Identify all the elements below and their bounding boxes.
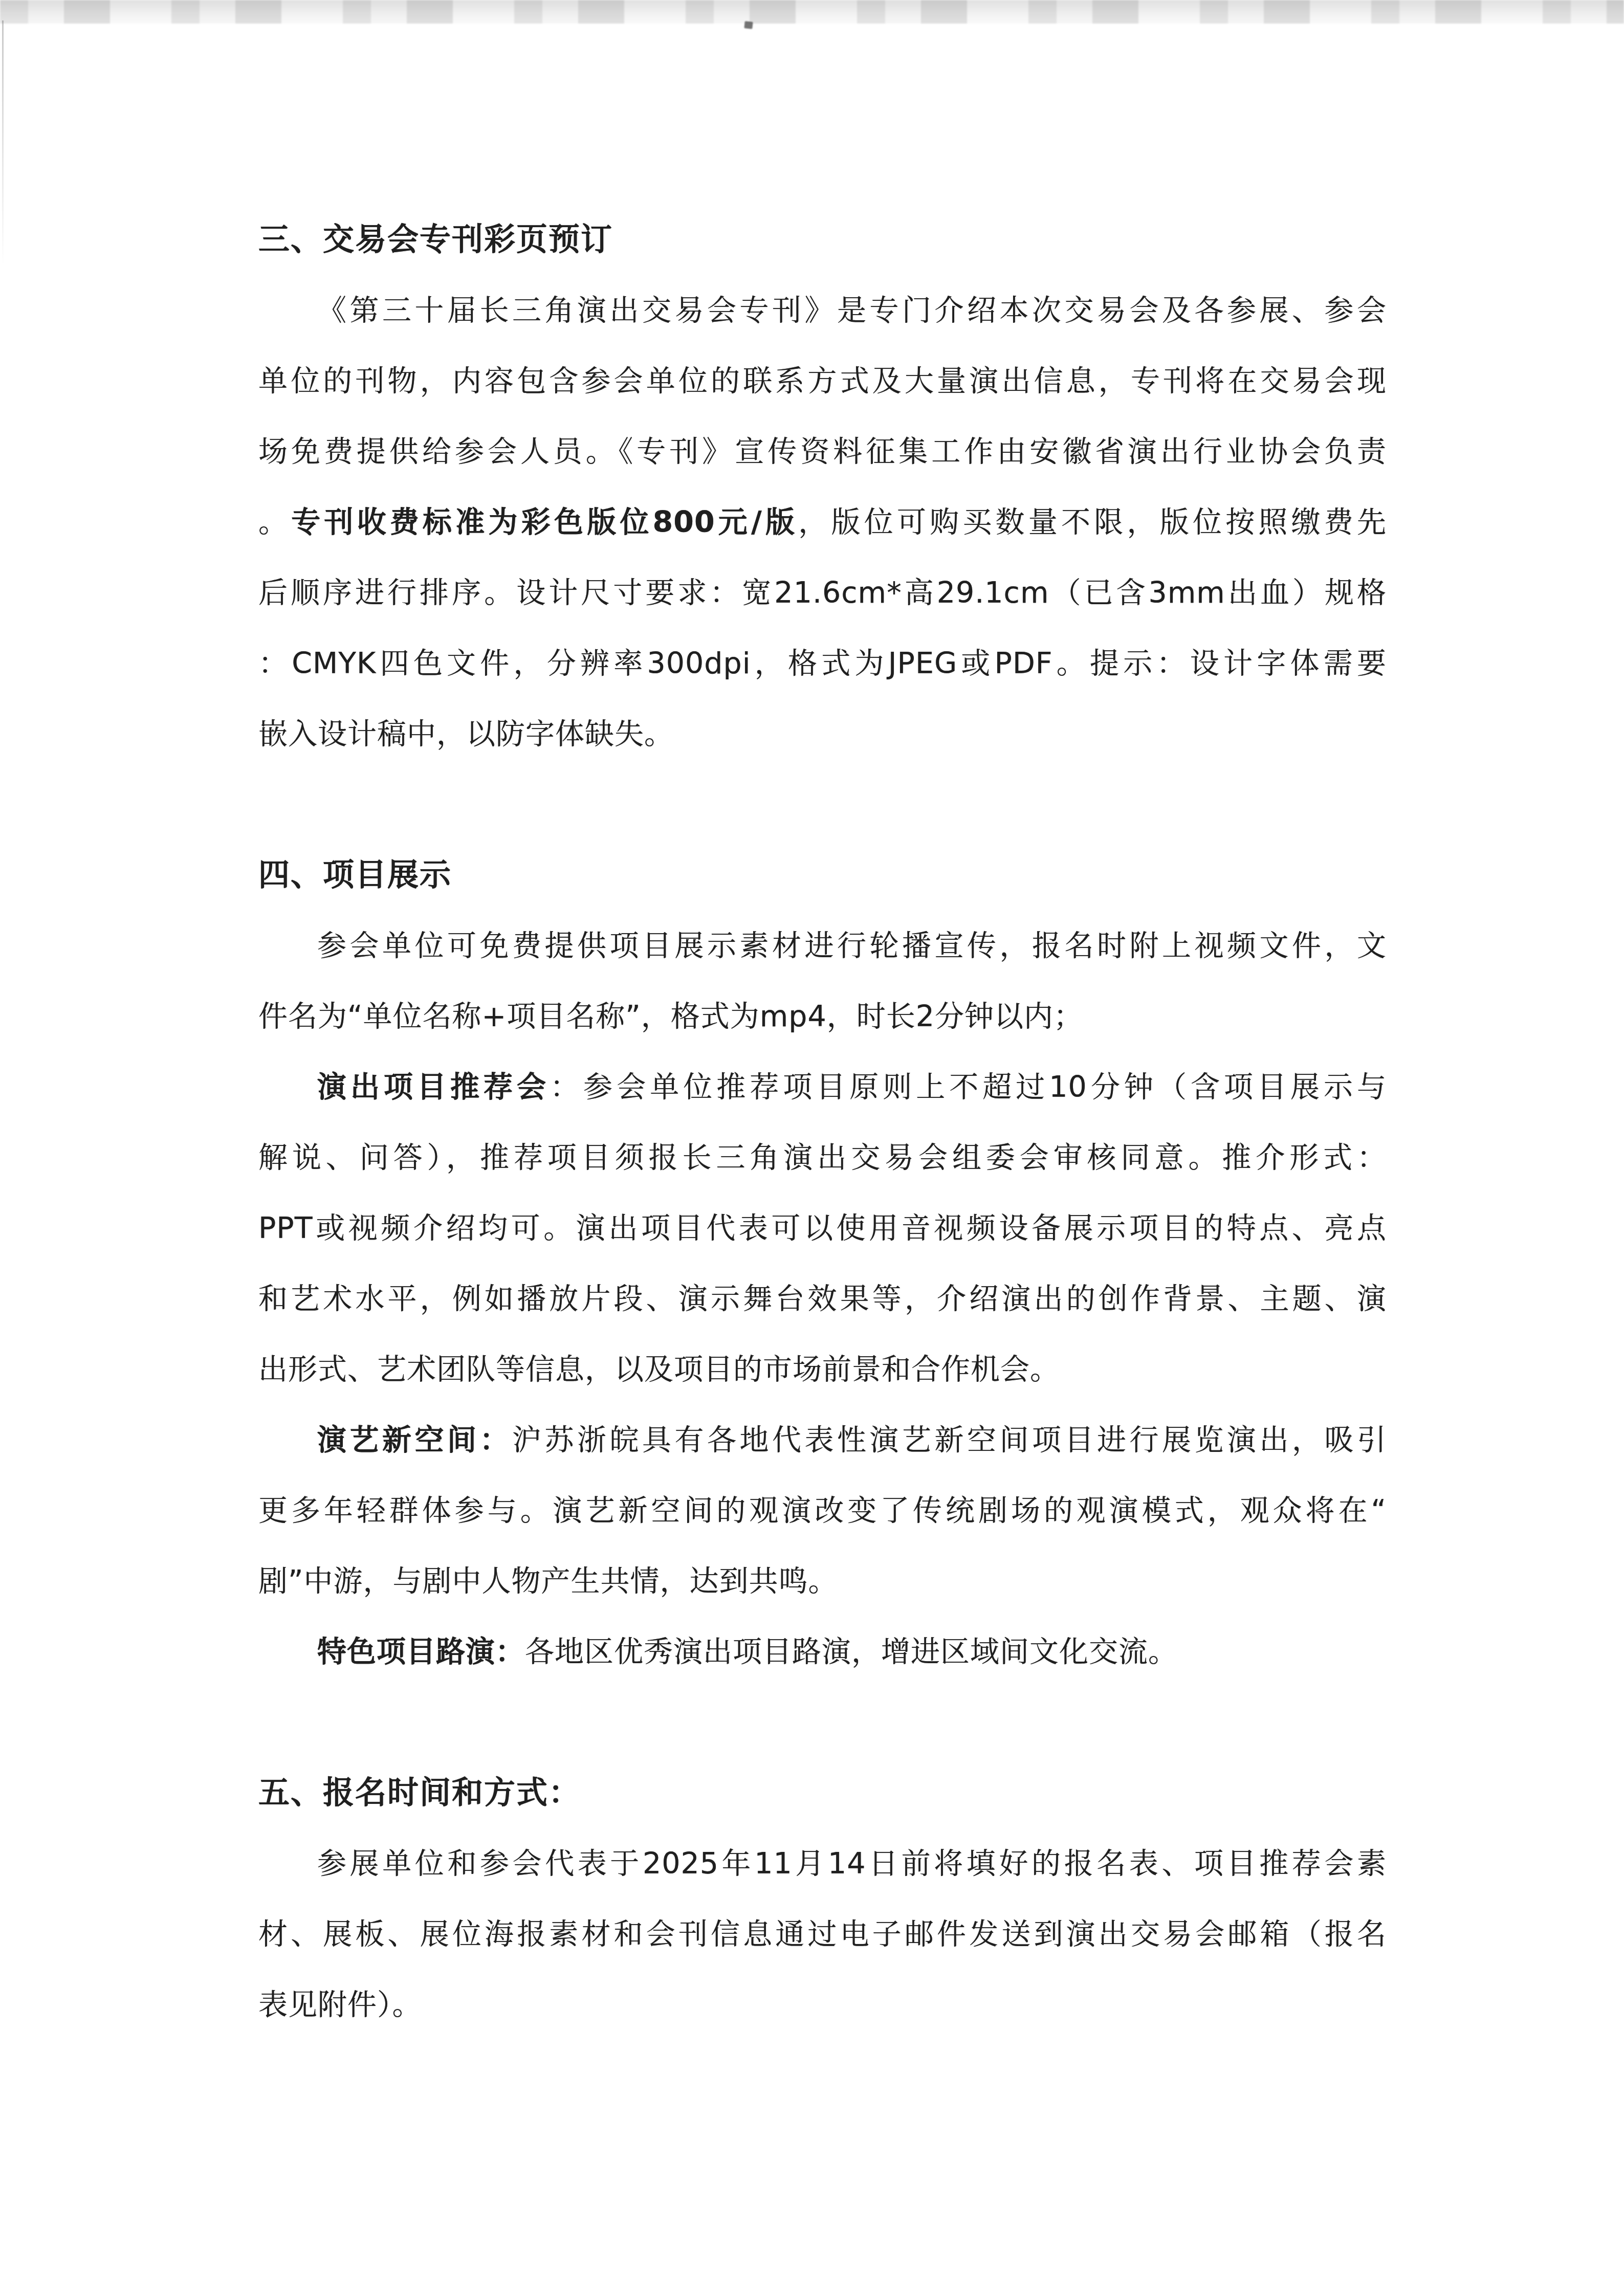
text-line: 表见附件）。: [258, 1970, 1387, 2040]
text-line: 演出项目推荐会：参会单位推荐项目原则上不超过10分钟（含项目展示与: [258, 1052, 1387, 1122]
scan-edge-line: [2, 20, 4, 266]
text-segment: 参展单位和参会代表于2025年11月14日前将填好的报名表、项目推荐会素: [317, 1847, 1387, 1881]
blank-line: [258, 1687, 1387, 1758]
text-line: 《第三十届长三角演出交易会专刊》是专门介绍本次交易会及各参展、参会: [258, 275, 1387, 346]
text-segment: 材、展板、展位海报素材和会刊信息通过电子邮件发送到演出交易会邮箱（报名: [258, 1917, 1387, 1951]
text-line: 嵌入设计稿中，以防字体缺失。: [258, 699, 1387, 769]
scan-artifact-mark: [744, 21, 753, 29]
text-segment: 沪苏浙皖具有各地代表性演艺新空间项目进行展览演出，吸引: [512, 1423, 1387, 1457]
section-heading-text: 五、报名时间和方式：: [258, 1775, 581, 1811]
text-segment: ：CMYK四色文件，分辨率300dpi，格式为JPEG或PDF。提示：设计字体需…: [258, 647, 1387, 680]
text-line: 单位的刊物，内容包含参会单位的联系方式及大量演出信息，专刊将在交易会现: [258, 346, 1387, 416]
text-segment: 件名为“单位名称+项目名称”，格式为mp4，时长2分钟以内；: [258, 1000, 1083, 1033]
text-line: 剧”中游，与剧中人物产生共情，达到共鸣。: [258, 1546, 1387, 1617]
text-segment: 《第三十届长三角演出交易会专刊》是专门介绍本次交易会及各参展、参会: [317, 294, 1387, 327]
section-heading: 四、项目展示: [258, 840, 1387, 911]
text-line: 参展单位和参会代表于2025年11月14日前将填好的报名表、项目推荐会素: [258, 1828, 1387, 1899]
text-segment: 场免费提供给参会人员。《专刊》宣传资料征集工作由安徽省演出行业协会负责: [258, 435, 1387, 469]
text-line: PPT或视频介绍均可。演出项目代表可以使用音视频设备展示项目的特点、亮点: [258, 1193, 1387, 1264]
text-segment: 单位的刊物，内容包含参会单位的联系方式及大量演出信息，专刊将在交易会现: [258, 364, 1387, 398]
section-heading-text: 四、项目展示: [258, 857, 452, 893]
text-line: 更多年轻群体参与。演艺新空间的观演改变了传统剧场的观演模式，观众将在“: [258, 1475, 1387, 1546]
bold-text-segment: 演艺新空间：: [317, 1423, 512, 1457]
text-line: 出形式、艺术团队等信息，以及项目的市场前景和合作机会。: [258, 1334, 1387, 1405]
text-segment: 更多年轻群体参与。演艺新空间的观演改变了传统剧场的观演模式，观众将在“: [258, 1494, 1387, 1528]
text-segment: ，版位可购买数量不限，版位按照缴费先: [798, 505, 1387, 539]
text-segment: ：参会单位推荐项目原则上不超过10分钟（含项目展示与: [550, 1070, 1387, 1104]
text-segment: 和艺术水平，例如播放片段、演示舞台效果等，介绍演出的创作背景、主题、演: [258, 1282, 1387, 1316]
text-segment: 嵌入设计稿中，以防字体缺失。: [258, 717, 674, 751]
text-line: 。专刊收费标准为彩色版位800元/版，版位可购买数量不限，版位按照缴费先: [258, 487, 1387, 558]
text-line: 件名为“单位名称+项目名称”，格式为mp4，时长2分钟以内；: [258, 981, 1387, 1052]
text-segment: 出形式、艺术团队等信息，以及项目的市场前景和合作机会。: [258, 1353, 1060, 1386]
text-segment: 。: [258, 505, 291, 539]
text-line: 演艺新空间：沪苏浙皖具有各地代表性演艺新空间项目进行展览演出，吸引: [258, 1405, 1387, 1475]
text-segment: 解说、问答），推荐项目须报长三角演出交易会组委会审核同意。推介形式：: [258, 1141, 1387, 1175]
text-line: 后顺序进行排序。设计尺寸要求：宽21.6cm*高29.1cm（已含3mm出血）规…: [258, 558, 1387, 628]
text-line: ：CMYK四色文件，分辨率300dpi，格式为JPEG或PDF。提示：设计字体需…: [258, 628, 1387, 699]
blank-line: [258, 769, 1387, 840]
text-segment: 后顺序进行排序。设计尺寸要求：宽21.6cm*高29.1cm（已含3mm出血）规…: [258, 576, 1387, 610]
text-segment: 剧”中游，与剧中人物产生共情，达到共鸣。: [258, 1564, 838, 1598]
scan-noise-band: [0, 0, 1624, 24]
text-segment: 参会单位可免费提供项目展示素材进行轮播宣传，报名时附上视频文件，文: [317, 929, 1387, 963]
text-segment: 各地区优秀演出项目路演，增进区域间文化交流。: [525, 1635, 1178, 1669]
text-line: 场免费提供给参会人员。《专刊》宣传资料征集工作由安徽省演出行业协会负责: [258, 416, 1387, 487]
scanned-document-page: 三、交易会专刊彩页预订《第三十届长三角演出交易会专刊》是专门介绍本次交易会及各参…: [0, 0, 1624, 2296]
section-heading: 五、报名时间和方式：: [258, 1758, 1387, 1828]
text-segment: 表见附件）。: [258, 1988, 422, 2022]
text-line: 参会单位可免费提供项目展示素材进行轮播宣传，报名时附上视频文件，文: [258, 911, 1387, 981]
text-line: 和艺术水平，例如播放片段、演示舞台效果等，介绍演出的创作背景、主题、演: [258, 1264, 1387, 1334]
bold-text-segment: 演出项目推荐会: [317, 1070, 550, 1104]
text-line: 材、展板、展位海报素材和会刊信息通过电子邮件发送到演出交易会邮箱（报名: [258, 1899, 1387, 1970]
text-line: 特色项目路演：各地区优秀演出项目路演，增进区域间文化交流。: [258, 1617, 1387, 1687]
section-heading-text: 三、交易会专刊彩页预订: [258, 222, 613, 258]
bold-text-segment: 特色项目路演：: [317, 1635, 525, 1669]
text-segment: PPT或视频介绍均可。演出项目代表可以使用音视频设备展示项目的特点、亮点: [258, 1211, 1387, 1245]
section-heading: 三、交易会专刊彩页预订: [258, 205, 1387, 275]
document-content: 三、交易会专刊彩页预订《第三十届长三角演出交易会专刊》是专门介绍本次交易会及各参…: [258, 205, 1387, 2040]
bold-text-segment: 专刊收费标准为彩色版位800元/版: [291, 505, 798, 539]
text-line: 解说、问答），推荐项目须报长三角演出交易会组委会审核同意。推介形式：: [258, 1122, 1387, 1193]
